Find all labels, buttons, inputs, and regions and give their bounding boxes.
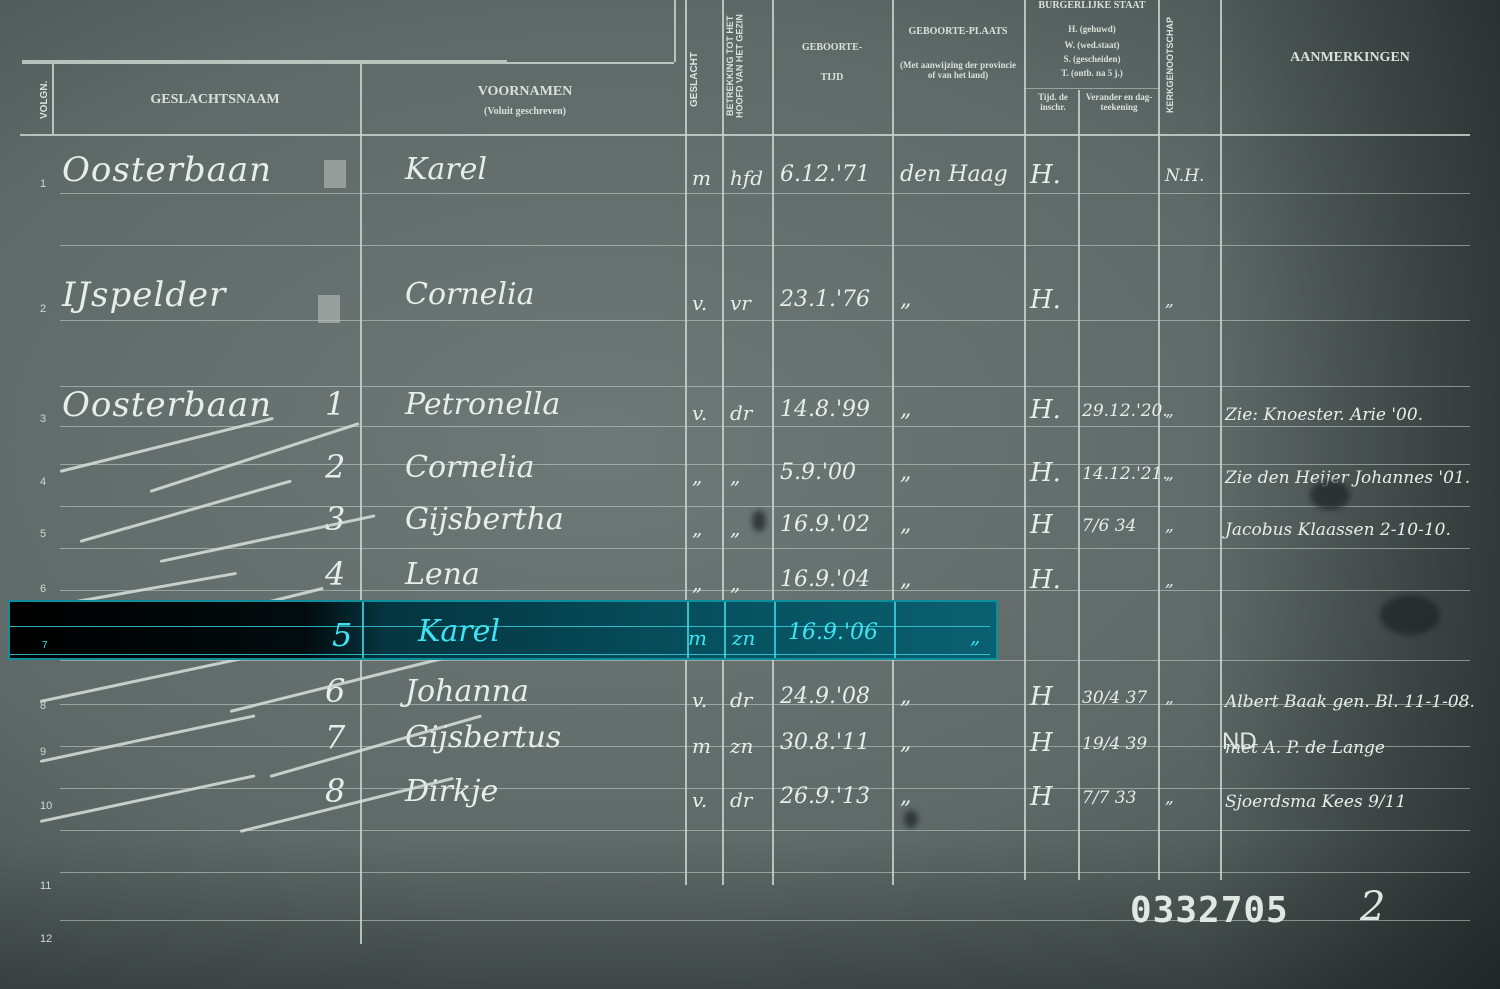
- strike-through-mark: [40, 654, 256, 703]
- header-geslacht: GESLACHT: [690, 30, 701, 130]
- col-relation-divider: [772, 0, 774, 885]
- given-name: Johanna: [405, 674, 529, 709]
- relation: „: [730, 516, 740, 540]
- surname: Oosterbaan: [62, 150, 272, 190]
- hl-child-number: 5: [332, 616, 352, 654]
- header-betrekking: BETREKKING TOT HET HOOFD VAN HET GEZIN: [726, 0, 770, 132]
- hl-sex: m: [688, 626, 707, 650]
- birth-place: „: [900, 684, 911, 709]
- sex: v.: [692, 291, 707, 315]
- civil-change: 29.12.'20.: [1082, 401, 1168, 421]
- row-rule: [60, 830, 1470, 831]
- header-bs-legend-3: T. (ontb. na 5 j.): [1028, 68, 1156, 78]
- birth-place: „: [900, 287, 911, 312]
- header-aanmerkingen: AANMERKINGEN: [1230, 50, 1470, 66]
- strike-through-mark: [80, 479, 292, 543]
- hl-col-divider: [894, 602, 896, 658]
- sex: m: [692, 166, 711, 190]
- relation: vr: [730, 291, 751, 315]
- child-number: 1: [325, 385, 345, 423]
- ink-blot: [1310, 480, 1350, 510]
- hl-birth: 16.9.'06: [788, 620, 878, 645]
- birth-date: 30.8.'11: [780, 730, 870, 755]
- hl-col-divider: [724, 602, 726, 658]
- child-number: 4: [325, 555, 345, 593]
- row-number: 10: [40, 800, 52, 812]
- given-name: Cornelia: [405, 450, 535, 485]
- given-name: Lena: [405, 557, 480, 592]
- sex: „: [692, 464, 702, 488]
- header-bs-legend-0: H. (gehuwd): [1028, 24, 1156, 34]
- hl-row-number: 7: [42, 640, 48, 651]
- hl-row-rule: [10, 654, 990, 655]
- header-box-edge: [674, 0, 676, 62]
- hl-given-name: Karel: [418, 614, 500, 649]
- row-rule: [60, 590, 1470, 591]
- ink-blot: [1380, 595, 1440, 635]
- church: „: [1165, 291, 1174, 311]
- child-number: 2: [325, 448, 345, 486]
- col-civil-time-divider: [1078, 90, 1080, 880]
- header-bottom-rule: [20, 134, 1470, 136]
- birth-date: 26.9.'13: [780, 784, 870, 809]
- col-birthplace-divider: [1024, 0, 1026, 880]
- row-rule: [60, 245, 1470, 246]
- row-number: 11: [40, 880, 51, 892]
- highlighted-row-7[interactable]: 7 5 Karel m zn 16.9.'06 „: [8, 600, 998, 660]
- row-rule: [60, 660, 1470, 661]
- birth-date: 16.9.'02: [780, 512, 870, 537]
- row-number: 12: [40, 933, 52, 945]
- sex: v.: [692, 688, 707, 712]
- header-bs-legend-2: S. (gescheiden): [1028, 54, 1156, 64]
- birth-date: 24.9.'08: [780, 684, 870, 709]
- relation: hfd: [730, 166, 763, 190]
- birth-date: 14.8.'99: [780, 397, 870, 422]
- relation: dr: [730, 401, 752, 425]
- row-number: 6: [40, 583, 46, 595]
- stamp-mark: [324, 160, 346, 188]
- civil-status: H.: [1030, 285, 1061, 315]
- hl-place: „: [970, 624, 980, 648]
- header-bs-legend-1: W. (wed.staat): [1028, 40, 1156, 50]
- serial-mark: 2: [1360, 884, 1385, 930]
- relation: dr: [730, 788, 752, 812]
- surname: IJspelder: [62, 275, 226, 315]
- birth-place: „: [900, 784, 911, 809]
- row-number: 2: [40, 303, 46, 315]
- child-number: 7: [325, 718, 345, 756]
- row-rule: [60, 464, 1470, 465]
- col-volgnr-divider: [52, 64, 54, 134]
- relation: „: [730, 464, 740, 488]
- civil-change: 14.12.'21.: [1082, 464, 1168, 484]
- given-name: Cornelia: [405, 277, 535, 312]
- header-geslachtsnaam: GESLACHTSNAAM: [110, 92, 320, 108]
- hl-col-divider: [362, 602, 364, 658]
- hl-relation: zn: [732, 626, 755, 650]
- church: „: [1165, 571, 1174, 591]
- sex: v.: [692, 788, 707, 812]
- stamp-mark: [318, 295, 340, 323]
- header-bs-tijd: Tijd. de inschr.: [1030, 92, 1076, 113]
- civil-change: 19/4 39: [1082, 734, 1147, 754]
- row-rule: [60, 788, 1470, 789]
- birth-place: „: [900, 460, 911, 485]
- surname: Oosterbaan: [62, 385, 272, 425]
- civil-change: 30/4 37: [1082, 688, 1147, 708]
- header-bs-verandering: Verander en dag-teekening: [1082, 92, 1156, 113]
- remark: Sjoerdsma Kees 9/11: [1225, 792, 1406, 812]
- strike-through-mark: [40, 774, 256, 823]
- birth-place: „: [900, 567, 911, 592]
- church: „: [1165, 464, 1174, 484]
- header-kerk: KERKGENOOTSCHAP: [1166, 0, 1214, 130]
- header-geboortetijd-2: TIJD: [776, 72, 888, 84]
- birth-date: 16.9.'04: [780, 567, 870, 592]
- birth-place: den Haag: [900, 162, 1008, 187]
- remark: Jacobus Klaassen 2-10-10.: [1225, 520, 1451, 540]
- church: N.H.: [1165, 166, 1204, 186]
- birth-date: 5.9.'00: [780, 460, 856, 485]
- church: „: [1165, 788, 1174, 808]
- civil-status: H: [1030, 510, 1053, 540]
- serial-number: 0332705: [1130, 890, 1289, 931]
- hl-col-divider: [774, 602, 776, 658]
- col-given-divider: [685, 0, 687, 885]
- remark: Zie den Heijer Johannes '01.: [1225, 468, 1470, 488]
- strike-through-mark: [40, 714, 256, 763]
- birth-place: „: [900, 730, 911, 755]
- col-sex-divider: [722, 0, 724, 885]
- civil-subheader-rule: [1026, 88, 1158, 89]
- relation: dr: [730, 688, 752, 712]
- church-nd-mark: ND: [1222, 728, 1257, 756]
- col-surname-divider: [360, 64, 362, 944]
- given-name: Gijsbertha: [405, 502, 564, 537]
- relation: zn: [730, 734, 753, 758]
- civil-status: H: [1030, 728, 1053, 758]
- row-rule: [60, 872, 1470, 873]
- header-rule: [22, 62, 674, 64]
- child-number: 6: [325, 672, 345, 710]
- civil-status: H.: [1030, 565, 1061, 595]
- header-geboorteplaats-sub: (Met aanwijzing der provincie of van het…: [898, 60, 1018, 81]
- birth-date: 23.1.'76: [780, 287, 870, 312]
- header-geboortetijd-1: GEBOORTE-: [776, 42, 888, 54]
- ink-blot: [752, 510, 766, 532]
- civil-change: 7/7 33: [1082, 788, 1136, 808]
- ink-blot: [904, 810, 918, 828]
- remark: Zie: Knoester. Arie '00.: [1225, 405, 1423, 425]
- row-number: 9: [40, 746, 46, 758]
- header-geboorteplaats: GEBOORTE-PLAATS: [898, 26, 1018, 38]
- sex: v.: [692, 401, 707, 425]
- civil-status: H: [1030, 682, 1053, 712]
- child-number: 3: [325, 500, 345, 538]
- civil-change: 7/6 34: [1082, 516, 1136, 536]
- header-burgerlijke-staat: BURGERLIJKE STAAT: [1028, 0, 1156, 12]
- row-number: 5: [40, 528, 46, 540]
- civil-status: H.: [1030, 458, 1061, 488]
- birth-place: „: [900, 512, 911, 537]
- civil-status: H.: [1030, 160, 1061, 190]
- row-number: 4: [40, 476, 46, 488]
- birth-date: 6.12.'71: [780, 162, 870, 187]
- col-birthtime-divider: [892, 0, 894, 885]
- given-name: Petronella: [405, 387, 560, 422]
- row-rule: [60, 506, 1470, 507]
- church: „: [1165, 516, 1174, 536]
- header-voornamen: VOORNAMEN: [400, 84, 650, 100]
- church: „: [1165, 401, 1174, 421]
- scan-vignette: [0, 0, 1500, 989]
- row-number: 3: [40, 413, 46, 425]
- col-civil-divider: [1158, 0, 1160, 880]
- sex: „: [692, 516, 702, 540]
- church: „: [1165, 688, 1174, 708]
- civil-status: H.: [1030, 395, 1061, 425]
- sex: „: [692, 571, 702, 595]
- row-rule: [60, 426, 1470, 427]
- sex: m: [692, 734, 711, 758]
- relation: „: [730, 571, 740, 595]
- row-rule: [60, 193, 1470, 194]
- birth-place: „: [900, 397, 911, 422]
- civil-status: H: [1030, 782, 1053, 812]
- given-name: Karel: [405, 152, 487, 187]
- row-rule: [60, 320, 1470, 321]
- header-volgnr: VOLGN.: [40, 70, 51, 130]
- row-number: 1: [40, 178, 46, 190]
- row-rule: [60, 548, 1470, 549]
- remark: Albert Baak gen. Bl. 11-1-08.: [1225, 692, 1475, 712]
- header-voornamen-sub: (Voluit geschreven): [400, 106, 650, 118]
- given-name: Gijsbertus: [405, 720, 561, 755]
